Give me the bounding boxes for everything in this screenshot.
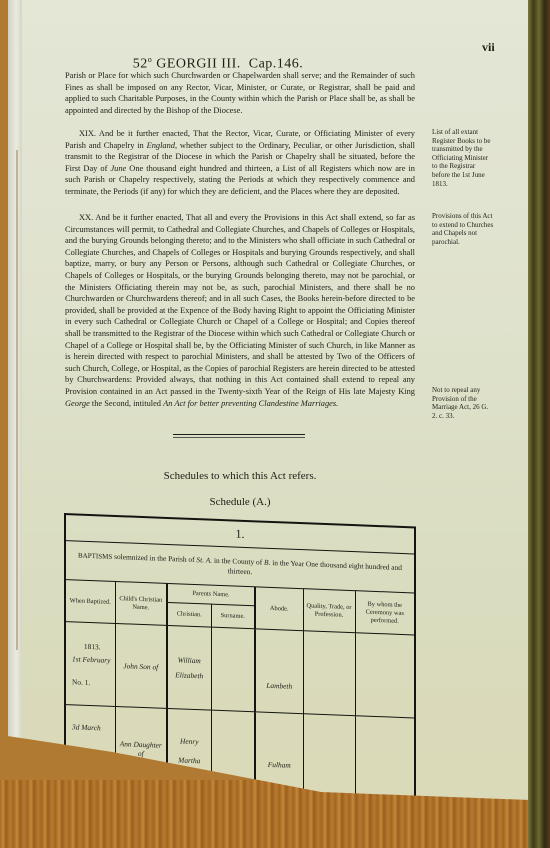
col-by-whom: By whom the Ceremony was performed.	[355, 591, 415, 635]
baptism-register-table: 1. BAPTISMS solemnized in the Parish of …	[64, 513, 416, 803]
section-xix: XIX. And be it further enacted, That the…	[65, 128, 415, 198]
book-gutter	[8, 0, 22, 790]
cell-by-whom	[355, 716, 415, 802]
cell-parents-christian: William Elizabeth	[167, 625, 211, 710]
col-quality: Quality, Trade, or Profession.	[303, 589, 355, 633]
schedules-heading: Schedules to which this Act refers.	[65, 470, 415, 482]
baptism-register-form: 1. BAPTISMS solemnized in the Parish of …	[64, 513, 414, 788]
schedule-a-label: Schedule (A.)	[65, 496, 415, 508]
col-abode: Abode.	[255, 587, 303, 631]
cell-surname	[211, 627, 255, 712]
col-christian: Christian.	[167, 602, 211, 627]
table-row: 1813. 1st February No. 1. John Son of Wi…	[65, 622, 415, 718]
cell-when-baptized: 1813. 1st February No. 1.	[65, 622, 115, 707]
margin-note-register-list: List of all extant Register Books to be …	[432, 128, 494, 188]
cell-abode: Lambeth	[255, 629, 303, 714]
page-number: vii	[482, 40, 495, 55]
book-page: 52o GEORGII III. Cap.146. vii Parish or …	[8, 0, 530, 800]
margin-note-marriage-act: Not to repeal any Provision of the Marri…	[432, 386, 494, 420]
margin-note-churches-chapels: Provisions of this Act to extend to Chur…	[432, 212, 494, 246]
cell-when-baptized: 3d March No. 2.	[65, 705, 115, 790]
cell-quality	[303, 714, 355, 799]
continuation-paragraph: Parish or Place for which such Churchwar…	[65, 70, 415, 116]
cell-by-whom	[355, 633, 415, 718]
col-when-baptized: When Baptized.	[65, 580, 115, 624]
cell-quality	[303, 631, 355, 716]
cell-child: John Son of	[115, 623, 167, 708]
col-surname: Surname.	[211, 604, 255, 629]
page-edge-stack	[528, 0, 550, 848]
section-xx: XX. And be it further enacted, That all …	[65, 212, 415, 409]
section-divider	[173, 434, 305, 438]
col-childs-name: Child's Christian Name.	[115, 581, 167, 625]
